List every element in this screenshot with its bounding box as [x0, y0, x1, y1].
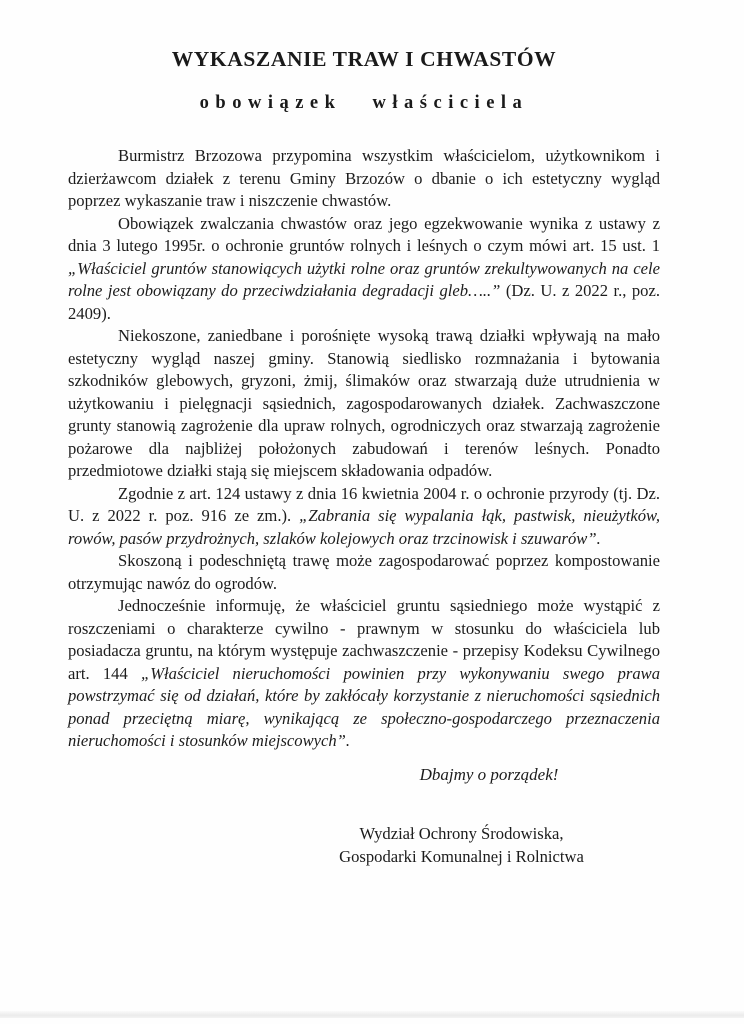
scanned-document-page: WYKASZANIE TRAW I CHWASTÓW obowiązek wła…: [0, 0, 744, 1024]
document-title: WYKASZANIE TRAW I CHWASTÓW: [68, 47, 660, 72]
scan-edge-artifact: [0, 1011, 744, 1018]
paragraph: Zgodnie z art. 124 ustawy z dnia 16 kwie…: [68, 483, 660, 551]
document-content: WYKASZANIE TRAW I CHWASTÓW obowiązek wła…: [68, 0, 660, 868]
body-text: Niekoszone, zaniedbane i porośnięte wyso…: [68, 326, 660, 480]
document-subtitle: obowiązek właściciela: [68, 93, 660, 114]
body-text: Burmistrz Brzozowa przypomina wszystkim …: [68, 146, 660, 210]
body-text: Skoszoną i podeschniętą trawę może zagos…: [68, 551, 660, 593]
signature-line-2: Gospodarki Komunalnej i Rolnictwa: [263, 845, 660, 868]
quoted-legal-text: „Właściciel nieruchomości powinien przy …: [68, 664, 660, 751]
body-text: Obowiązek zwalczania chwastów oraz jego …: [68, 214, 660, 256]
document-body: Burmistrz Brzozowa przypomina wszystkim …: [68, 145, 660, 753]
paragraph: Burmistrz Brzozowa przypomina wszystkim …: [68, 145, 660, 213]
signature-block: Wydział Ochrony Środowiska, Gospodarki K…: [263, 822, 660, 868]
paragraph: Jednocześnie informuję, że właściciel gr…: [68, 595, 660, 753]
paragraph: Niekoszone, zaniedbane i porośnięte wyso…: [68, 325, 660, 483]
signature-line-1: Wydział Ochrony Środowiska,: [263, 822, 660, 845]
paragraph: Obowiązek zwalczania chwastów oraz jego …: [68, 213, 660, 326]
paragraph: Skoszoną i podeschniętą trawę może zagos…: [68, 550, 660, 595]
document-slogan: Dbajmy o porządek!: [318, 764, 660, 787]
